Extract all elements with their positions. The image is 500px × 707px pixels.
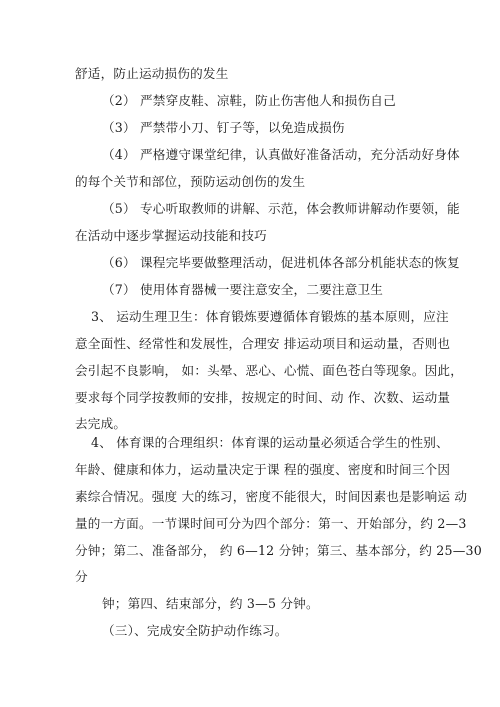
section-4-heading-line: 4、 体育课的合理组织：体育课的运动量必须适合学生的性别、 bbox=[91, 435, 441, 451]
text-line: 会引起不良影响， 如：头晕、恶心、心慌、面色苍白等现象。因此， bbox=[75, 363, 425, 379]
list-item-7: （7） 使用体育器械一要注意安全，二要注意卫生 bbox=[102, 282, 452, 298]
text-line: 分钟；第二、准备部分， 约 6—12 分钟；第三、基本部分，约 25—30 bbox=[75, 543, 425, 559]
list-item-3: （3） 严禁带小刀、钉子等，以免造成损伤 bbox=[102, 120, 452, 136]
text-line: 年龄、健康和体力，运动量决定于课 程的强度、密度和时间三个因 bbox=[75, 462, 425, 478]
text-line: 钟；第四、结束部分，约 3—5 分钟。 bbox=[102, 596, 452, 612]
text-line: 舒适，防止运动损伤的发生 bbox=[75, 66, 425, 82]
text-line: 素综合情况。强度 大的练习，密度不能很大，时间因素也是影响运 动 bbox=[75, 489, 425, 505]
list-item-6: （6） 课程完毕要做整理活动，促进机体各部分机能状态的恢复 bbox=[102, 255, 452, 271]
list-item-2: （2） 严禁穿皮鞋、凉鞋，防止伤害他人和损伤自己 bbox=[102, 93, 452, 109]
text-line: 在活动中逐步掌握运动技能和技巧 bbox=[75, 228, 425, 244]
text-line: 意全面性、经常性和发展性，合理安 排运动项目和运动量，否则也 bbox=[75, 336, 425, 352]
document-page: 舒适，防止运动损伤的发生 （2） 严禁穿皮鞋、凉鞋，防止伤害他人和损伤自己 （3… bbox=[0, 0, 500, 707]
list-item-5: （5） 专心听取教师的讲解、示范，体会教师讲解动作要领，能 bbox=[102, 201, 452, 217]
text-line: 去完成。 bbox=[75, 416, 425, 432]
list-item-4: （4） 严格遵守课堂纪律，认真做好准备活动，充分活动好身体 bbox=[102, 147, 452, 163]
section-3-heading-line: 3、 运动生理卫生：体育锻炼要遵循体育锻炼的基本原则，应注 bbox=[91, 309, 441, 325]
text-line: 要求每个同学按教师的安排，按规定的时间、动 作、次数、运动量 bbox=[75, 390, 425, 406]
text-line: 分 bbox=[75, 569, 425, 585]
text-line: 的每个关节和部位，预防运动创伤的发生 bbox=[75, 174, 425, 190]
subsection-3-heading: （三）、完成安全防护动作练习。 bbox=[102, 623, 452, 639]
text-line: 量的一方面。一节课时间可分为四个部分：第一、开始部分，约 2—3 bbox=[75, 516, 425, 532]
